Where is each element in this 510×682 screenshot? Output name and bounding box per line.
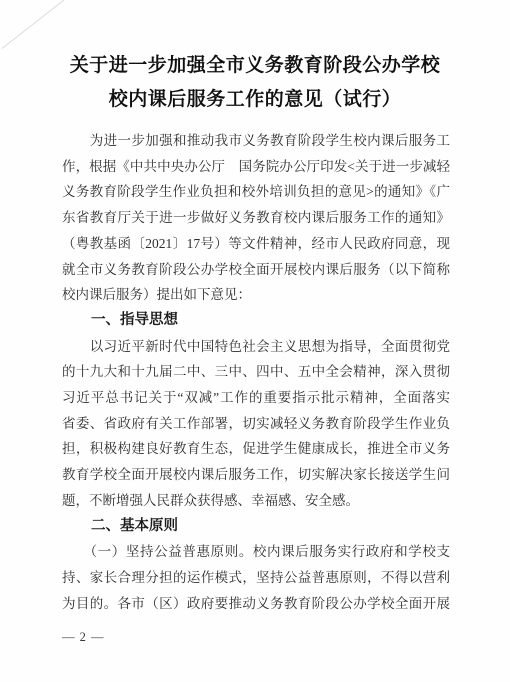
scan-artifact-line (2, 0, 91, 49)
text-line: 题，不断增强人民群众获得感、幸福感、安全感。 (62, 488, 450, 514)
text-line: 为进一步加强和推动我市义务教育阶段学生校内课后服务工 (62, 128, 450, 154)
document-body: 为进一步加强和推动我市义务教育阶段学生校内课后服务工作，根据《中共中央办公厅 国… (62, 128, 450, 616)
document-page: 关于进一步加强全市义务教育阶段公办学校 校内课后服务工作的意见（试行） 为进一步… (0, 0, 510, 682)
section-heading: 一、指导思想 (62, 308, 450, 334)
text-line: 校内课后服务）提出如下意见： (62, 282, 450, 308)
text-line: 教育学校全面开展校内课后服务工作，切实解决家长接送学生问 (62, 462, 450, 488)
text-line: 习近平总书记关于“双减”工作的重要指示批示精神，全面落实 (62, 385, 450, 411)
section-heading: 二、基本原则 (62, 514, 450, 540)
text-line: 持、家长合理分担的运作模式，坚持公益普惠原则，不得以营利 (62, 565, 450, 591)
text-line: 东省教育厅关于进一步做好义务教育校内课后服务工作的通知》 (62, 205, 450, 231)
text-line: 为目的。各市（区）政府要推动义务教育阶段公办学校全面开展 (62, 591, 450, 617)
text-line: 就全市义务教育阶段公办学校全面开展校内课后服务（以下简称 (62, 257, 450, 283)
text-line: 以习近平新时代中国特色社会主义思想为指导，全面贯彻党 (62, 334, 450, 360)
title-line-2: 校内课后服务工作的意见（试行） (0, 83, 510, 117)
text-line: 作，根据《中共中央办公厅 国务院办公厅印发<关于进一步减轻 (62, 154, 450, 180)
text-line: （粤教基函〔2021〕17号）等文件精神，经市人民政府同意，现 (62, 231, 450, 257)
text-line: 担，积极构建良好教育生态，促进学生健康成长，推进全市义务 (62, 436, 450, 462)
page-number: — 2 — (62, 628, 105, 646)
text-line: 义务教育阶段学生作业负担和校外培训负担的意见>的通知》《广 (62, 179, 450, 205)
text-line: 省委、省政府有关工作部署，切实减轻义务教育阶段学生作业负 (62, 411, 450, 437)
title-line-1: 关于进一步加强全市义务教育阶段公办学校 (0, 49, 510, 83)
text-line: 的十九大和十九届二中、三中、四中、五中全会精神，深入贯彻 (62, 359, 450, 385)
document-title: 关于进一步加强全市义务教育阶段公办学校 校内课后服务工作的意见（试行） (0, 49, 510, 117)
text-line: （一）坚持公益普惠原则。校内课后服务实行政府和学校支 (62, 539, 450, 565)
